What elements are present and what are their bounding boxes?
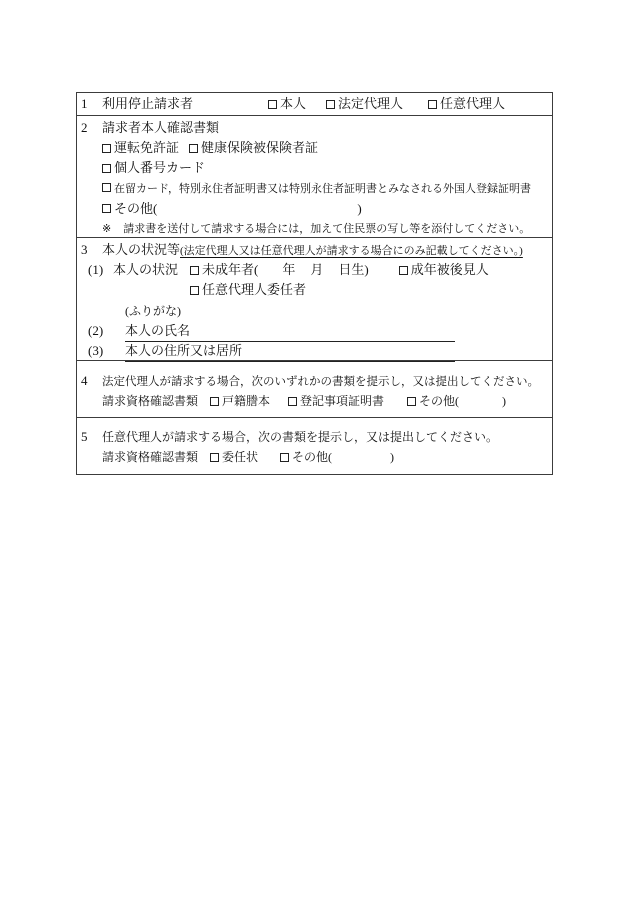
section-3-title-note: (法定代理人又は任意代理人が請求する場合にのみ記載してください。): [180, 245, 523, 257]
section-3-item-2-line: (2)本人の氏名: [77, 321, 552, 341]
section-5-number: 5: [81, 426, 102, 447]
option-family-register[interactable]: 戸籍謄本: [210, 394, 270, 408]
option-voluntary-representative[interactable]: 任意代理人: [428, 96, 505, 111]
section-5-doc-label: 請求資格確認書類: [102, 450, 198, 464]
option-residence-card[interactable]: 在留カード，特別永住者証明書又は特別永住者証明書とみなされる外国人登録証明書: [102, 183, 531, 195]
option-registration-certificate[interactable]: 登記事項証明書: [288, 394, 384, 408]
option-other-s5[interactable]: その他(: [280, 450, 332, 464]
section-3-row: 3本人の状況等(法定代理人又は任意代理人が請求する場合にのみ記載してください。)…: [77, 237, 552, 360]
section-3-number: 3: [81, 240, 102, 260]
other-s5-close-paren: ): [390, 450, 394, 464]
option-minor[interactable]: 未成年者(: [190, 262, 258, 277]
section-3-furigana-line: (ふりがな): [77, 301, 552, 321]
address-field-label: 本人の住所又は居所: [125, 343, 242, 358]
checkbox-legal-representative-icon: [326, 100, 335, 109]
page: 1利用停止請求者本人法定代理人任意代理人 2請求者本人確認書類 運転免許証健康保…: [0, 0, 630, 903]
section-1-title: 利用停止請求者: [102, 96, 193, 111]
checkbox-other-s4-icon: [407, 397, 416, 406]
section-5-row: 5任意代理人が請求する場合，次の書類を提示し，又は提出してください。 請求資格確…: [77, 417, 552, 473]
section-1-row: 1利用停止請求者本人法定代理人任意代理人: [77, 93, 552, 115]
section-3-title-line: 3本人の状況等(法定代理人又は任意代理人が請求する場合にのみ記載してください。): [77, 240, 552, 260]
option-other-s4[interactable]: その他(: [407, 394, 459, 408]
section-2-line-3: 在留カード，特別永住者証明書又は特別永住者証明書とみなされる外国人登録証明書: [77, 179, 552, 199]
section-4-doc-line: 請求資格確認書類戸籍謄本登記事項証明書その他(): [77, 391, 552, 412]
name-field[interactable]: 本人の氏名: [125, 321, 455, 342]
checkbox-registration-certificate-icon: [288, 397, 297, 406]
section-2-number: 2: [81, 118, 102, 138]
section-4-title-line: 4法定代理人が請求する場合，次のいずれかの書類を提示し，又は提出してください。: [77, 370, 552, 391]
section-4-doc-label: 請求資格確認書類: [102, 394, 198, 408]
option-other-s5-label: その他(: [292, 450, 332, 464]
checkbox-health-insurance-card-icon: [189, 144, 198, 153]
section-4-title: 法定代理人が請求する場合，次のいずれかの書類を提示し，又は提出してください。: [102, 376, 539, 388]
birth-year-label: 年: [282, 262, 295, 277]
note-mark: ※: [102, 223, 111, 235]
checkbox-power-of-attorney-icon: [210, 453, 219, 462]
section-3-item-1-line: (1)本人の状況未成年者(年月日生)成年被後見人: [77, 260, 552, 280]
option-power-of-attorney[interactable]: 委任状: [210, 450, 258, 464]
other-s2-close-paren: ): [357, 201, 361, 216]
option-registration-certificate-label: 登記事項証明書: [300, 394, 384, 408]
section-2-line-2: 個人番号カード: [77, 158, 552, 178]
option-other-s2-label: その他(: [114, 201, 157, 216]
other-s4-close-paren: ): [502, 394, 506, 408]
section-2-row: 2請求者本人確認書類 運転免許証健康保険被保険者証 個人番号カード 在留カード，…: [77, 115, 552, 237]
section-2-title: 請求者本人確認書類: [102, 120, 219, 135]
option-family-register-label: 戸籍謄本: [222, 394, 270, 408]
checkbox-self-icon: [268, 100, 277, 109]
option-voluntary-delegator[interactable]: 任意代理人委任者: [190, 282, 306, 297]
item-2-number: (2): [88, 321, 112, 341]
section-3-title: 本人の状況等: [102, 242, 180, 257]
checkbox-my-number-card-icon: [102, 164, 111, 173]
option-drivers-license-label: 運転免許証: [114, 140, 179, 155]
name-field-label: 本人の氏名: [125, 323, 190, 338]
section-5-doc-line: 請求資格確認書類委任状その他(): [77, 447, 552, 468]
checkbox-family-register-icon: [210, 397, 219, 406]
item-1-number: (1): [88, 260, 112, 280]
checkbox-other-s5-icon: [280, 453, 289, 462]
option-adult-ward-label: 成年被後見人: [411, 262, 489, 277]
section-4-row: 4法定代理人が請求する場合，次のいずれかの書類を提示し，又は提出してください。 …: [77, 360, 552, 417]
option-residence-card-label: 在留カード，特別永住者証明書又は特別永住者証明書とみなされる外国人登録証明書: [114, 183, 531, 195]
birth-month-label: 月: [310, 262, 323, 277]
option-voluntary-representative-label: 任意代理人: [440, 96, 505, 111]
section-4-number: 4: [81, 370, 102, 391]
option-other-s4-label: その他(: [419, 394, 459, 408]
option-drivers-license[interactable]: 運転免許証: [102, 140, 179, 155]
section-2-line-1: 運転免許証健康保険被保険者証: [77, 138, 552, 158]
note-text: 請求書を送付して請求する場合には，加えて住民票の写し等を添付してください。: [123, 223, 530, 235]
item-1-label: 本人の状況: [113, 262, 178, 277]
furigana-label: (ふりがな): [125, 304, 181, 318]
section-1-number: 1: [81, 94, 102, 114]
form-table: 1利用停止請求者本人法定代理人任意代理人 2請求者本人確認書類 運転免許証健康保…: [76, 92, 553, 475]
checkbox-adult-ward-icon: [399, 266, 408, 275]
section-2-line-4: その他(): [77, 199, 552, 219]
item-3-number: (3): [88, 341, 112, 361]
option-legal-representative[interactable]: 法定代理人: [326, 96, 403, 111]
option-minor-label: 未成年者(: [202, 262, 258, 277]
option-adult-ward[interactable]: 成年被後見人: [399, 262, 489, 277]
checkbox-residence-card-icon: [102, 183, 111, 192]
option-my-number-card-label: 個人番号カード: [114, 160, 205, 175]
checkbox-voluntary-representative-icon: [428, 100, 437, 109]
option-self[interactable]: 本人: [268, 96, 306, 111]
checkbox-minor-icon: [190, 266, 199, 275]
option-my-number-card[interactable]: 個人番号カード: [102, 160, 205, 175]
section-5-title: 任意代理人が請求する場合，次の書類を提示し，又は提出してください。: [102, 430, 498, 444]
option-health-insurance-card[interactable]: 健康保険被保険者証: [189, 140, 318, 155]
section-5-title-line: 5任意代理人が請求する場合，次の書類を提示し，又は提出してください。: [77, 426, 552, 447]
section-3-item-3-line: (3)本人の住所又は居所: [77, 341, 552, 361]
option-health-insurance-card-label: 健康保険被保険者証: [201, 140, 318, 155]
section-3-delegator-line: 任意代理人委任者: [77, 280, 552, 300]
option-other-s2[interactable]: その他(: [102, 201, 157, 216]
checkbox-other-s2-icon: [102, 204, 111, 213]
birth-day-label: 日生): [338, 262, 368, 277]
checkbox-drivers-license-icon: [102, 144, 111, 153]
option-self-label: 本人: [280, 96, 306, 111]
checkbox-voluntary-delegator-icon: [190, 286, 199, 295]
address-field[interactable]: 本人の住所又は居所: [125, 341, 455, 362]
section-2-title-line: 2請求者本人確認書類: [77, 118, 552, 138]
option-voluntary-delegator-label: 任意代理人委任者: [202, 282, 306, 297]
option-legal-representative-label: 法定代理人: [338, 96, 403, 111]
section-1-line: 1利用停止請求者本人法定代理人任意代理人: [77, 94, 552, 114]
option-power-of-attorney-label: 委任状: [222, 450, 258, 464]
